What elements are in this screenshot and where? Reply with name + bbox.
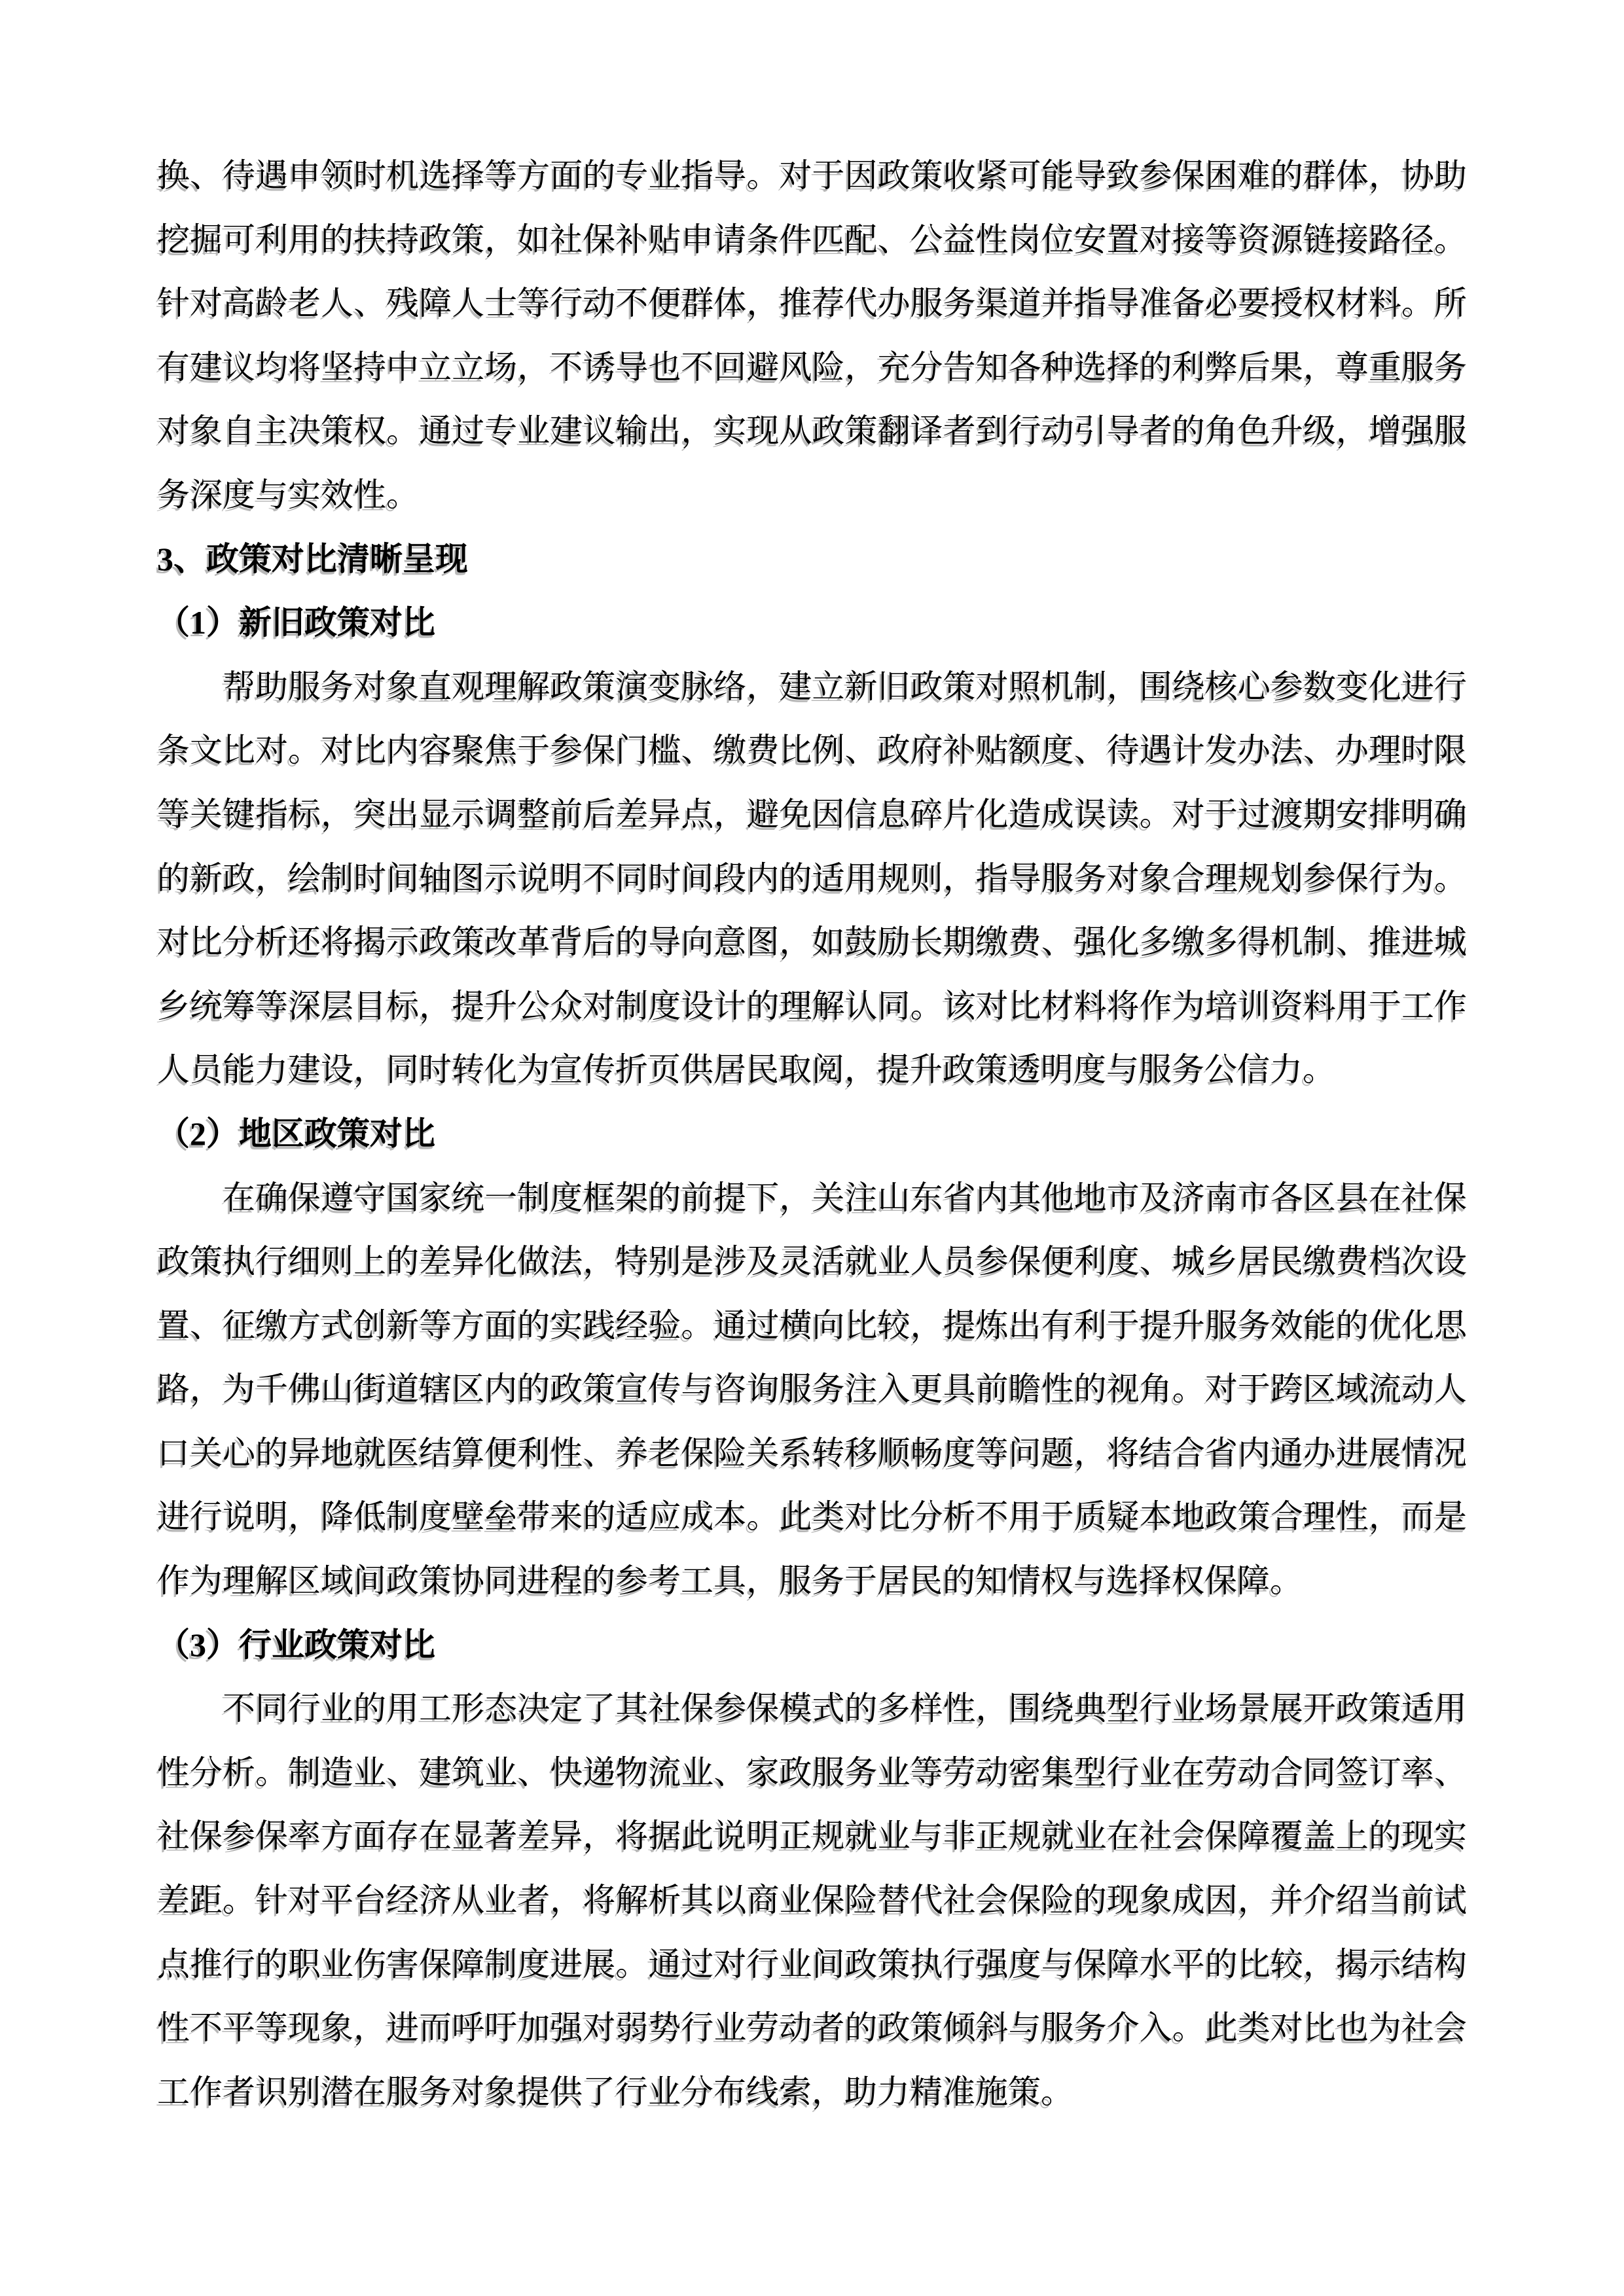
section-heading: 3、政策对比清晰呈现 [157,528,1467,592]
subsection-heading-regional: （2）地区政策对比 [157,1102,1467,1166]
subsection-body-industry: 不同行业的用工形态决定了其社保参保模式的多样性，围绕典型行业场景展开政策适用性分… [157,1677,1467,2124]
subsection-heading-new-vs-old: （1）新旧政策对比 [157,591,1467,655]
paragraph-continuation: 换、待遇申领时机选择等方面的专业指导。对于因政策收紧可能导致参保困难的群体，协助… [157,144,1467,528]
page-content: 换、待遇申领时机选择等方面的专业指导。对于因政策收紧可能导致参保困难的群体，协助… [157,144,1467,2124]
subsection-body-regional: 在确保遵守国家统一制度框架的前提下，关注山东省内其他地市及济南市各区县在社保政策… [157,1166,1467,1613]
subsection-body-new-vs-old: 帮助服务对象直观理解政策演变脉络，建立新旧政策对照机制，围绕核心参数变化进行条文… [157,655,1467,1102]
subsection-heading-industry: （3）行业政策对比 [157,1613,1467,1677]
document-page: 换、待遇申领时机选择等方面的专业指导。对于因政策收紧可能导致参保困难的群体，协助… [0,0,1624,2296]
